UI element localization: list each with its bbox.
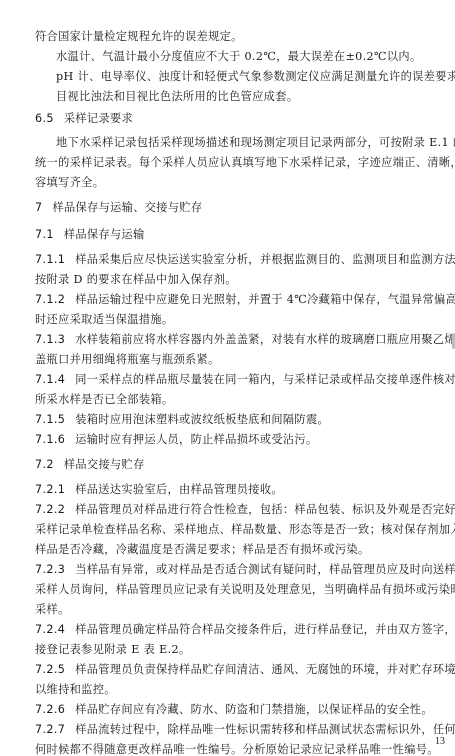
section-heading-7-2: 7.2样品交接与贮存 (35, 458, 145, 472)
section-title: 样品保存与运输、交接与贮存 (52, 201, 202, 214)
paragraph-line: 样品是否冷藏，冷藏温度是否满足要求；样品是否有损坏或污染。 (35, 543, 370, 557)
clause-number: 7.1.4 (35, 373, 65, 387)
clause-text: 样品采集后应尽快运送实验室分析，并根据监测目的、监测项目和监测方法的要求， (75, 253, 455, 266)
paragraph-line: 盖瓶口并用细绳将瓶塞与瓶颈系紧。 (35, 353, 220, 367)
clause-number: 7.1.6 (35, 433, 65, 447)
paragraph-line: 采样记录单检查样品名称、采样地点、样品数量、形态等是否一致；核对保存剂加入情况； (35, 523, 455, 537)
paragraph-line: 容填写齐全。 (35, 176, 104, 190)
paragraph-line: 何时候都不得随意更改样品唯一性编号。分析原始记录应记录样品唯一性编号。 (35, 743, 439, 756)
clause-7-1-1: 7.1.1样品采集后应尽快运送实验室分析，并根据监测目的、监测项目和监测方法的要… (35, 253, 455, 267)
clause-number: 7.2.7 (35, 723, 65, 737)
clause-7-2-4: 7.2.4样品管理员确定样品符合样品交接条件后，进行样品登记，并由双方签字，样品… (35, 623, 455, 637)
page-number: 13 (435, 736, 445, 747)
clause-text: 样品管理员确定样品符合样品交接条件后，进行样品登记，并由双方签字，样品交 (75, 623, 455, 636)
clause-text: 水样装箱前应将水样容器内外盖盖紧，对装有水样的玻璃磨口瓶应用聚乙烯薄膜覆 (75, 333, 455, 346)
clause-7-2-6: 7.2.6样品贮存间应有冷藏、防水、防盗和门禁措施，以保证样品的安全性。 (35, 703, 433, 717)
clause-number: 7.1.5 (35, 413, 65, 427)
clause-7-1-5: 7.1.5装箱时应用泡沫塑料或波纹纸板垫底和间隔防震。 (35, 413, 329, 427)
clause-7-1-6: 7.1.6运输时应有押运人员，防止样品损坏或受沾污。 (35, 433, 318, 447)
paragraph-line: 统一的采样记录表。每个采样人员应认真填写地下水采样记录，字迹应端正、清晰，各栏内 (35, 156, 455, 170)
section-heading-7: 7样品保存与运输、交接与贮存 (35, 201, 202, 215)
section-title: 样品保存与运输 (64, 228, 145, 241)
paragraph-line: 按附录 D 的要求在样品中加入保存剂。 (35, 273, 237, 287)
paragraph-line: pH 计、电导率仪、浊度计和轻便式气象参数测定仪应满足测量允许的误差要求。 (56, 70, 455, 84)
clause-7-2-3: 7.2.3当样品有异常，或对样品是否适合测试有疑问时，样品管理员应及时向送样人员… (35, 563, 455, 577)
paragraph-line: 时还应采取适当保温措施。 (35, 313, 173, 327)
clause-number: 7.1.3 (35, 333, 65, 347)
clause-7-2-5: 7.2.5样品管理员负责保持样品贮存间清洁、通风、无腐蚀的环境，并对贮存环境条件… (35, 663, 455, 677)
section-heading-7-1: 7.1样品保存与运输 (35, 228, 145, 242)
clause-7-2-1: 7.2.1样品送达实验室后，由样品管理员接收。 (35, 483, 283, 497)
clause-text: 运输时应有押运人员，防止样品损坏或受沾污。 (75, 433, 317, 446)
clause-text: 同一采样点的样品瓶尽量装在同一箱内，与采样记录或样品交接单逐件核对，检查 (75, 373, 455, 386)
clause-7-1-3: 7.1.3水样装箱前应将水样容器内外盖盖紧，对装有水样的玻璃磨口瓶应用聚乙烯薄膜… (35, 333, 455, 347)
section-number: 7.1 (35, 228, 54, 242)
paragraph-line: 所采水样是否已全部装箱。 (35, 393, 173, 407)
clause-7-1-4: 7.1.4同一采样点的样品瓶尽量装在同一箱内，与采样记录或样品交接单逐件核对，检… (35, 373, 455, 387)
clause-text: 样品运输过程中应避免日光照射，并置于 4℃冷藏箱中保存，气温异常偏高或偏低 (75, 293, 455, 306)
clause-text: 当样品有异常，或对样品是否适合测试有疑问时，样品管理员应及时向送样人员或 (75, 563, 455, 576)
clause-number: 7.2.2 (35, 503, 65, 517)
paragraph-line: 目视比浊法和目视比色法所用的比色管应成套。 (56, 90, 298, 104)
section-number: 6.5 (35, 112, 54, 126)
clause-number: 7.2.3 (35, 563, 65, 577)
paragraph-line: 接登记表参见附录 E 表 E.2。 (35, 643, 191, 657)
paragraph-line: 水温计、气温计最小分度值应不大于 0.2℃，最大误差在±0.2℃以内。 (56, 50, 421, 64)
paragraph-line: 采样人员询问，样品管理员应记录有关说明及处理意见，当明确样品有损坏或污染时须重新 (35, 583, 455, 597)
clause-text: 样品管理员负责保持样品贮存间清洁、通风、无腐蚀的环境，并对贮存环境条件加 (75, 663, 455, 676)
section-number: 7 (35, 201, 42, 215)
section-heading-6-5: 6.5采样记录要求 (35, 112, 133, 126)
clause-7-2-7: 7.2.7样品流转过程中，除样品唯一性标识需转移和样品测试状态需标识外，任何人、… (35, 723, 455, 737)
clause-number: 7.2.6 (35, 703, 65, 717)
clause-number: 7.1.2 (35, 293, 65, 307)
clause-number: 7.2.1 (35, 483, 65, 497)
paragraph-line: 符合国家计量检定规程允许的误差规定。 (35, 30, 243, 44)
clause-7-1-2: 7.1.2样品运输过程中应避免日光照射，并置于 4℃冷藏箱中保存，气温异常偏高或… (35, 293, 455, 307)
clause-number: 7.2.4 (35, 623, 65, 637)
paragraph-line: 地下水采样记录包括采样现场描述和现场测定项目记录两部分，可按附录 E.1 的格式… (56, 136, 455, 150)
clause-text: 样品贮存间应有冷藏、防水、防盗和门禁措施，以保证样品的安全性。 (75, 703, 433, 716)
section-title: 样品交接与贮存 (64, 458, 145, 471)
clause-7-2-2: 7.2.2样品管理员对样品进行符合性检查，包括：样品包装、标识及外观是否完好；对… (35, 503, 455, 517)
clause-text: 样品流转过程中，除样品唯一性标识需转移和样品测试状态需标识外，任何人、任 (75, 723, 455, 736)
paragraph-line: 以维持和监控。 (35, 683, 116, 697)
clause-text: 装箱时应用泡沫塑料或波纹纸板垫底和间隔防震。 (75, 413, 329, 426)
clause-text: 样品管理员对样品进行符合性检查，包括：样品包装、标识及外观是否完好；对照 (75, 503, 455, 516)
clause-number: 7.2.5 (35, 663, 65, 677)
section-number: 7.2 (35, 458, 54, 472)
clause-text: 样品送达实验室后，由样品管理员接收。 (75, 483, 283, 496)
paragraph-line: 采样。 (35, 603, 70, 617)
clause-number: 7.1.1 (35, 253, 65, 267)
section-title: 采样记录要求 (64, 112, 133, 125)
